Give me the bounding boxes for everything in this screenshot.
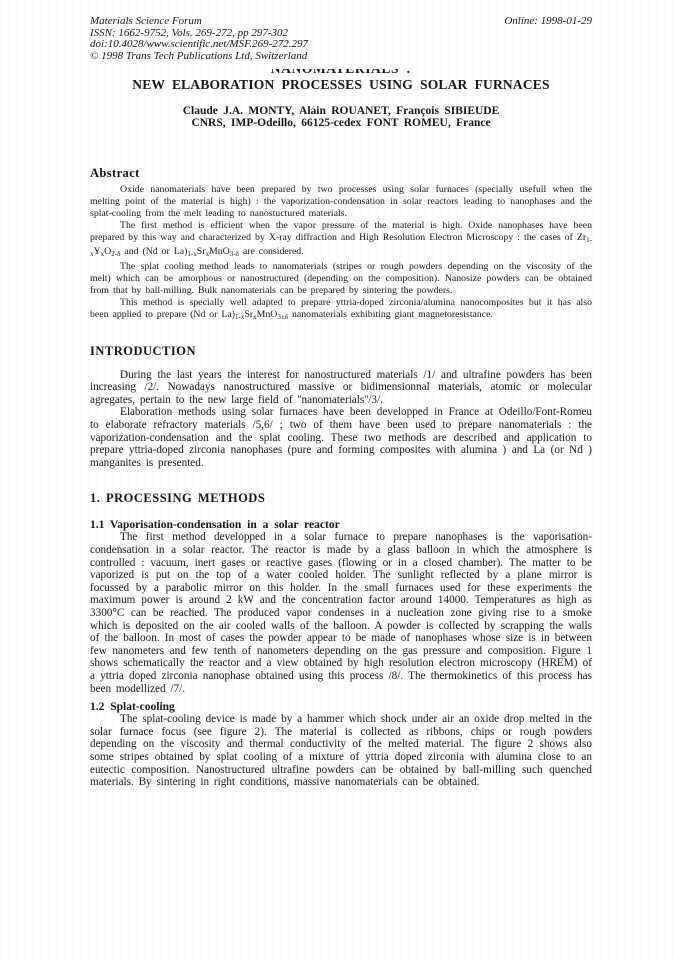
online-date: Online: 1998-01-29 xyxy=(504,16,592,28)
journal-header: Materials Science Forum ISSN: 1662-9752,… xyxy=(90,16,592,62)
introduction-paragraph-1: During the last years the interest for n… xyxy=(90,369,592,407)
affiliation-line: CNRS, IMP-Odeillo, 66125-cedex FONT ROME… xyxy=(90,117,592,129)
journal-name: Materials Science Forum xyxy=(90,16,308,28)
introduction-heading: INTRODUCTION xyxy=(90,344,592,359)
abstract-paragraph-2: The first method is efficient when the v… xyxy=(90,220,592,260)
journal-info: Materials Science Forum ISSN: 1662-9752,… xyxy=(90,16,308,62)
paper-page: Materials Science Forum ISSN: 1662-9752,… xyxy=(0,0,678,959)
abstract-section: Abstract Oxide nanomaterials have been p… xyxy=(90,166,592,322)
subsection-1-1-heading: 1.1 Vaporisation-condensation in a solar… xyxy=(90,519,592,531)
title-block: NANOMATERIALS : NEW ELABORATION PROCESSE… xyxy=(90,69,592,129)
authors-line: Claude J.A. MONTY, Alain ROUANET, Franço… xyxy=(90,105,592,117)
abstract-heading: Abstract xyxy=(90,166,592,181)
paper-title: NEW ELABORATION PROCESSES USING SOLAR FU… xyxy=(90,77,592,93)
title-line-clipped-text: NANOMATERIALS : xyxy=(271,69,411,76)
processing-methods-section: 1. PROCESSING METHODS 1.1 Vaporisation-c… xyxy=(90,491,592,788)
copyright-line: © 1998 Trans Tech Publications Ltd, Swit… xyxy=(90,51,308,63)
title-line-clipped: NANOMATERIALS : xyxy=(90,69,592,76)
processing-methods-heading: 1. PROCESSING METHODS xyxy=(90,491,592,506)
subsection-1-2-heading: 1.2 Splat-cooling xyxy=(90,701,592,713)
introduction-paragraph-2: Elaboration methods using solar furnaces… xyxy=(90,406,592,469)
abstract-paragraph-1: Oxide nanomaterials have been prepared b… xyxy=(90,184,592,220)
subsection-1-1-paragraph: The first method developped in a solar f… xyxy=(90,531,592,695)
introduction-section: INTRODUCTION During the last years the i… xyxy=(90,344,592,470)
abstract-paragraph-4: This method is specially well adapted to… xyxy=(90,297,592,323)
abstract-paragraph-3: The splat cooling method leads to nanoma… xyxy=(90,261,592,297)
subsection-1-2-paragraph: The splat-cooling device is made by a ha… xyxy=(90,713,592,789)
